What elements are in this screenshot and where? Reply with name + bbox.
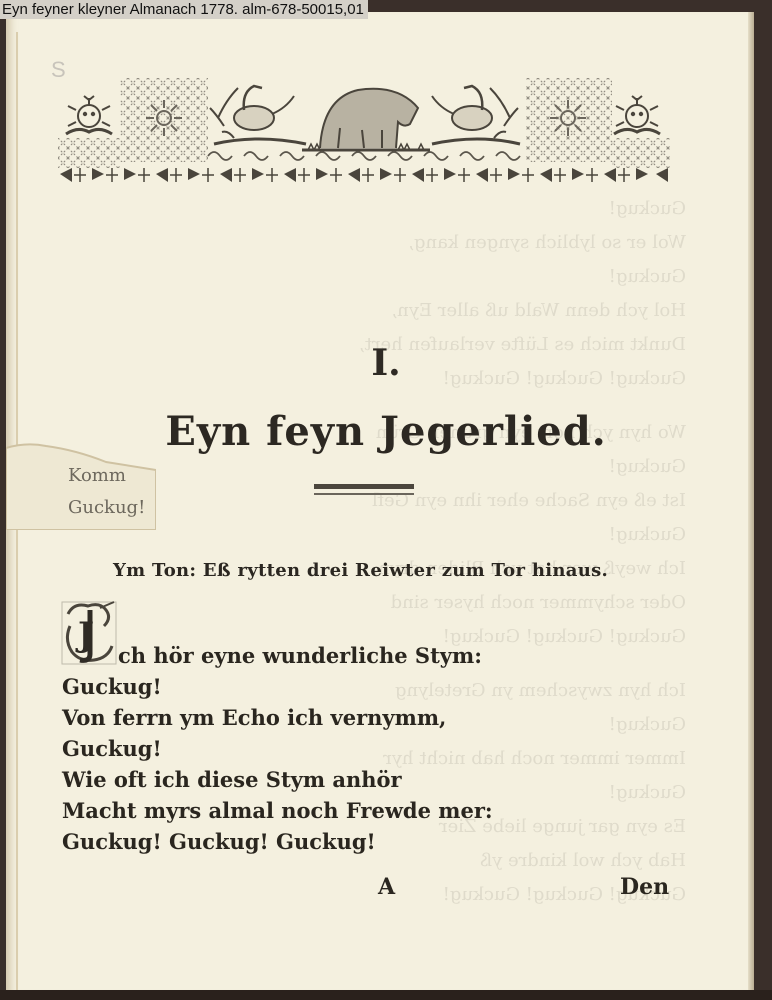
title-rule-thin [314, 493, 414, 495]
page-edge [748, 12, 754, 992]
verse-line: Macht myrs almal noch Frewde mer: [62, 795, 493, 826]
torn-fragment-text: Komm Guckug! [68, 460, 145, 524]
headpiece-ornament-icon [58, 78, 670, 190]
catchword: Den [620, 874, 669, 900]
verse-line: ch hör eyne wunderliche Stym: [62, 640, 493, 671]
verse-line: Von ferrn ym Echo ich vernymm, [62, 702, 493, 733]
poem-verse: ch hör eyne wunderliche Stym: Guckug! Vo… [62, 640, 493, 857]
verse-line: Guckug! [62, 671, 493, 702]
chapter-numeral: I. [0, 342, 772, 384]
bleed-line: Guckug! [66, 192, 686, 226]
page-bottom-shadow [0, 990, 772, 1000]
verse-line: Wie oft ich diese Stym anhör [62, 764, 493, 795]
title-rule-thick [314, 484, 414, 489]
bleed-line: Guckug! [66, 518, 686, 552]
fragment-line: Guckug! [68, 492, 145, 524]
tune-indication: Ym Ton: Eß rytten drei Reiwter zum Tor h… [113, 560, 608, 581]
signature-mark: A [378, 874, 395, 900]
image-caption: Eyn feyner kleyner Almanach 1778. alm-67… [0, 0, 368, 19]
fragment-line: Komm [68, 460, 145, 492]
bleed-line: Guckug! [66, 260, 686, 294]
verse-line: Guckug! Guckug! Guckug! [62, 826, 493, 857]
bleed-line: Guckug! [66, 450, 686, 484]
verse-line: Guckug! [62, 733, 493, 764]
bleed-line: Guckug! Guckug! Guckug! [66, 878, 686, 912]
bleed-line: Oder schymmer noch hyser sind [66, 586, 686, 620]
bleed-line: Ist eß eyn Sache eher ihn eyn Gefl [66, 484, 686, 518]
bleed-line: Wol er so lyblich syngen kang, [66, 226, 686, 260]
bleed-line: Hol ych denn Wald uß aller Eyn, [66, 294, 686, 328]
